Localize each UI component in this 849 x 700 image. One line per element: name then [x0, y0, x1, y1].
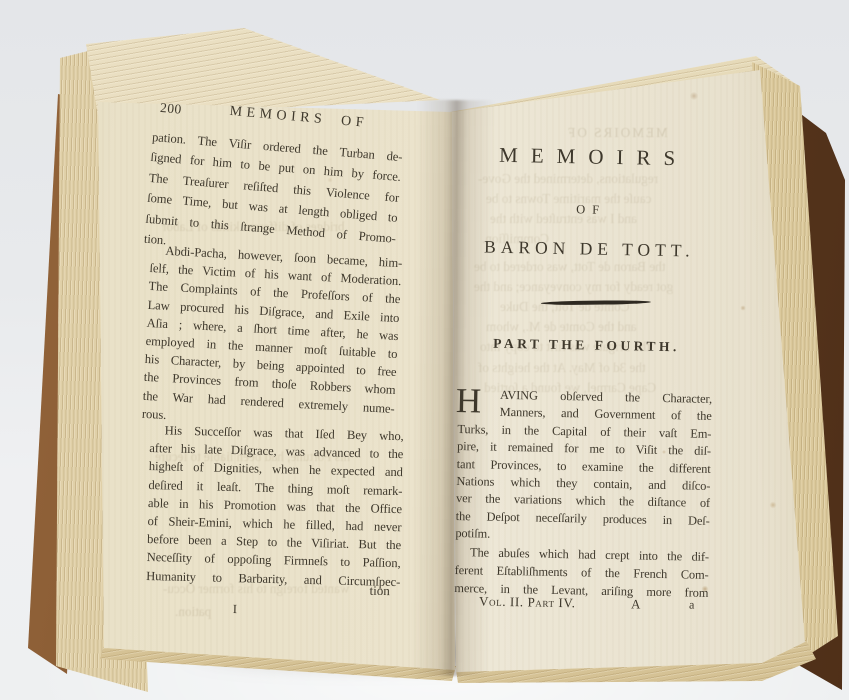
- right-catchword: a: [689, 598, 695, 613]
- author-name: BARON DE TOTT.: [456, 236, 718, 262]
- left-paragraph-2: Abdi-Pacha, however, ſoon became, him-ſe…: [141, 241, 402, 436]
- book-photograph: bridges of different kinds of Laborhis F…: [0, 0, 849, 700]
- book-title: MEMOIRS: [457, 142, 719, 172]
- left-signature-mark: I: [233, 602, 237, 617]
- left-paragraph-3: His Succeſſor was that Iſed Bey who,afte…: [146, 421, 404, 591]
- right-signature-mark: A: [631, 596, 641, 612]
- right-page-text-column: MEMOIRS OF BARON DE TOTT. PART THE FOURT…: [448, 86, 721, 651]
- page-number: 200: [159, 100, 182, 118]
- volume-label: Vol. II. Part IV.: [479, 593, 576, 611]
- show-through-line: pation.: [175, 604, 211, 620]
- section-heading: PART THE FOURTH.: [454, 335, 716, 356]
- right-paragraph-1: AVING obſerved the Character,Manners, an…: [455, 386, 712, 548]
- left-catchword: tion: [152, 579, 402, 599]
- title-of: OF: [457, 200, 719, 220]
- ornament-rule: [541, 300, 651, 305]
- right-page-footer: Vol. II. Part IV. A a: [449, 593, 711, 616]
